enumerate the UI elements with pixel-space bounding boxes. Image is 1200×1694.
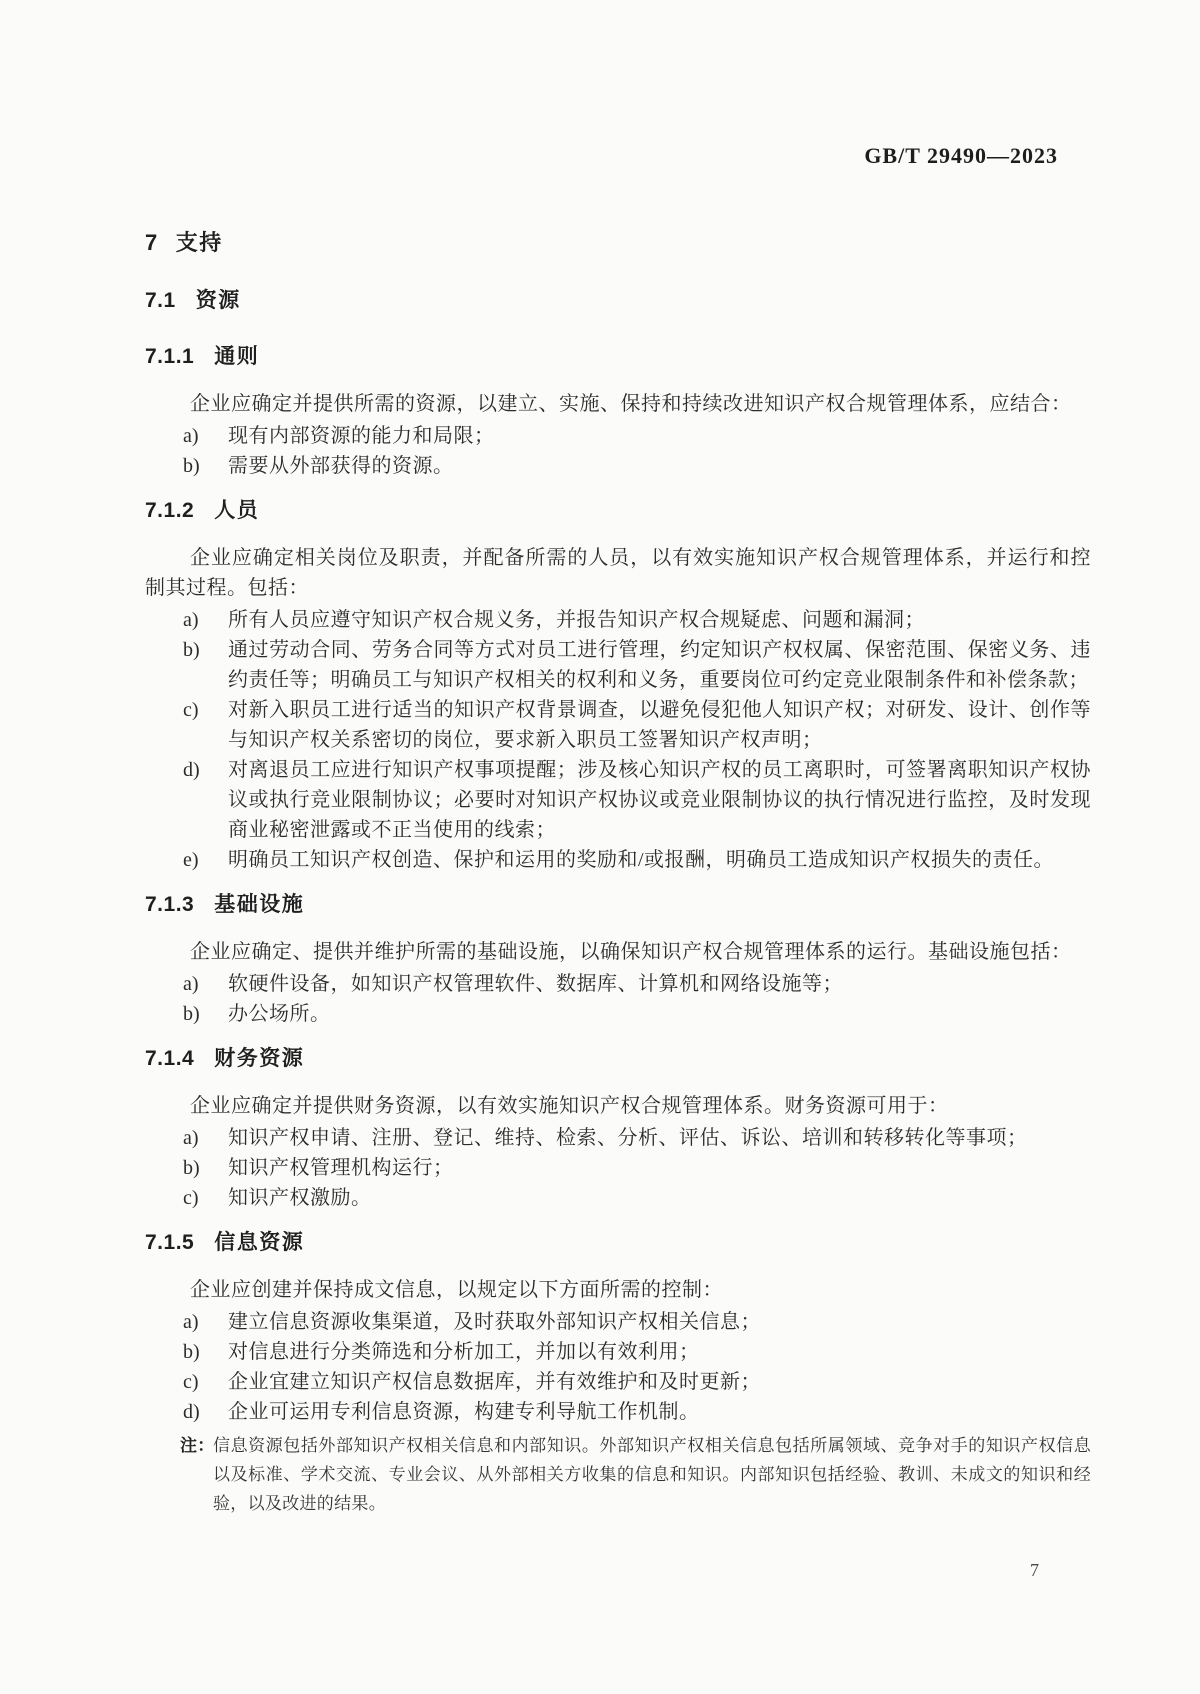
list-item-text: 知识产权激励。 [228,1187,372,1209]
section-7-1-1-heading: 7.1.1通则 [145,343,1091,371]
list-item-text: 对离退员工应进行知识产权事项提醒；涉及核心知识产权的员工离职时，可签署离职知识产… [228,759,1091,841]
list-item-label: a) [183,969,199,999]
section-7-1-3-number: 7.1.3 [145,893,194,916]
section-7-1-4-list: a)知识产权申请、注册、登记、维持、检索、分析、评估、诉讼、培训和转移转化等事项… [145,1123,1091,1213]
note-block: 注：信息资源包括外部知识产权相关信息和内部知识。外部知识产权相关信息包括所属领域… [145,1431,1091,1518]
list-item-label: b) [183,451,200,481]
list-item-text: 现有内部资源的能力和局限； [228,425,495,447]
section-7-1-1-list: a)现有内部资源的能力和局限； b)需要从外部获得的资源。 [145,421,1091,481]
list-item-label: b) [183,635,200,665]
section-7-1-5-number: 7.1.5 [145,1231,194,1254]
section-7-1-1: 7.1.1通则 企业应确定并提供所需的资源，以建立、实施、保持和持续改进知识产权… [145,343,1091,481]
section-7-1-1-title: 通则 [214,345,259,368]
list-item: e)明确员工知识产权创造、保护和运用的奖励和/或报酬，明确员工造成知识产权损失的… [145,845,1091,875]
list-item-text: 软硬件设备，如知识产权管理软件、数据库、计算机和网络设施等； [228,973,843,995]
list-item-label: a) [183,421,199,451]
list-item-label: b) [183,1153,200,1183]
section-7-1-5-list: a)建立信息资源收集渠道，及时获取外部知识产权相关信息； b)对信息进行分类筛选… [145,1307,1091,1427]
section-7-1-4-number: 7.1.4 [145,1047,194,1070]
note-text: 信息资源包括外部知识产权相关信息和内部知识。外部知识产权相关信息包括所属领域、竞… [213,1436,1091,1513]
section-7-1-5-intro: 企业应创建并保持成文信息，以规定以下方面所需的控制： [145,1275,1091,1305]
subclause-7-1-heading: 7.1资源 [145,287,1091,315]
list-item-text: 对信息进行分类筛选和分析加工，并加以有效利用； [228,1341,700,1363]
section-7-1-4-title: 财务资源 [214,1047,304,1070]
section-7-1-2-heading: 7.1.2人员 [145,497,1091,525]
document-page: GB/T 29490—2023 7支持 7.1资源 7.1.1通则 企业应确定并… [0,0,1200,1694]
list-item-label: c) [183,1367,199,1397]
section-7-1-4-heading: 7.1.4财务资源 [145,1045,1091,1073]
list-item-text: 办公场所。 [228,1003,331,1025]
list-item-label: d) [183,1397,200,1427]
section-7-1-4: 7.1.4财务资源 企业应确定并提供财务资源，以有效实施知识产权合规管理体系。财… [145,1045,1091,1213]
list-item-text: 明确员工知识产权创造、保护和运用的奖励和/或报酬，明确员工造成知识产权损失的责任… [228,849,1054,871]
list-item: b)对信息进行分类筛选和分析加工，并加以有效利用； [145,1337,1091,1367]
list-item-text: 企业宜建立知识产权信息数据库，并有效维护和及时更新； [228,1371,761,1393]
list-item-label: e) [183,845,199,875]
list-item: d)企业可运用专利信息资源，构建专利导航工作机制。 [145,1397,1091,1427]
list-item: c)对新入职员工进行适当的知识产权背景调查，以避免侵犯他人知识产权；对研发、设计… [145,695,1091,755]
clause-7-heading: 7支持 [145,229,1091,257]
section-7-1-2-list: a)所有人员应遵守知识产权合规义务，并报告知识产权合规疑虑、问题和漏洞； b)通… [145,605,1091,875]
running-header-standard-number: GB/T 29490—2023 [145,143,1091,169]
list-item-label: b) [183,1337,200,1367]
list-item-label: a) [183,1123,199,1153]
list-item: a)所有人员应遵守知识产权合规义务，并报告知识产权合规疑虑、问题和漏洞； [145,605,1091,635]
clause-7-number: 7 [145,230,158,255]
subclause-7-1-title: 资源 [196,289,241,312]
list-item-label: a) [183,605,199,635]
section-7-1-3-intro: 企业应确定、提供并维护所需的基础设施，以确保知识产权合规管理体系的运行。基础设施… [145,937,1091,967]
section-7-1-1-intro: 企业应确定并提供所需的资源，以建立、实施、保持和持续改进知识产权合规管理体系，应… [145,389,1091,419]
list-item-label: c) [183,695,199,725]
subclause-7-1-number: 7.1 [145,289,176,312]
list-item: a)建立信息资源收集渠道，及时获取外部知识产权相关信息； [145,1307,1091,1337]
list-item: b)通过劳动合同、劳务合同等方式对员工进行管理，约定知识产权权属、保密范围、保密… [145,635,1091,695]
section-7-1-5-heading: 7.1.5信息资源 [145,1229,1091,1257]
clause-7-title: 支持 [176,230,223,255]
section-7-1-1-number: 7.1.1 [145,345,194,368]
list-item-text: 建立信息资源收集渠道，及时获取外部知识产权相关信息； [228,1311,761,1333]
list-item: b)办公场所。 [145,999,1091,1029]
page-content: GB/T 29490—2023 7支持 7.1资源 7.1.1通则 企业应确定并… [145,0,1091,1518]
section-7-1-4-intro: 企业应确定并提供财务资源，以有效实施知识产权合规管理体系。财务资源可用于： [145,1091,1091,1121]
list-item: b)知识产权管理机构运行； [145,1153,1091,1183]
list-item-text: 通过劳动合同、劳务合同等方式对员工进行管理，约定知识产权权属、保密范围、保密义务… [228,639,1091,691]
list-item: d)对离退员工应进行知识产权事项提醒；涉及核心知识产权的员工离职时，可签署离职知… [145,755,1091,845]
list-item-text: 对新入职员工进行适当的知识产权背景调查，以避免侵犯他人知识产权；对研发、设计、创… [228,699,1091,751]
section-7-1-3: 7.1.3基础设施 企业应确定、提供并维护所需的基础设施，以确保知识产权合规管理… [145,891,1091,1029]
list-item: b)需要从外部获得的资源。 [145,451,1091,481]
section-7-1-5-title: 信息资源 [214,1231,304,1254]
list-item-text: 所有人员应遵守知识产权合规义务，并报告知识产权合规疑虑、问题和漏洞； [228,609,925,631]
section-7-1-2-number: 7.1.2 [145,499,194,522]
list-item: c)企业宜建立知识产权信息数据库，并有效维护和及时更新； [145,1367,1091,1397]
list-item: a)知识产权申请、注册、登记、维持、检索、分析、评估、诉讼、培训和转移转化等事项… [145,1123,1091,1153]
section-7-1-3-list: a)软硬件设备，如知识产权管理软件、数据库、计算机和网络设施等； b)办公场所。 [145,969,1091,1029]
list-item-text: 知识产权申请、注册、登记、维持、检索、分析、评估、诉讼、培训和转移转化等事项； [228,1127,1028,1149]
list-item-label: a) [183,1307,199,1337]
list-item-label: b) [183,999,200,1029]
note-label: 注： [180,1431,215,1460]
list-item: a)软硬件设备，如知识产权管理软件、数据库、计算机和网络设施等； [145,969,1091,999]
list-item-label: c) [183,1183,199,1213]
section-7-1-3-title: 基础设施 [214,893,304,916]
section-7-1-2-title: 人员 [214,499,259,522]
list-item-text: 需要从外部获得的资源。 [228,455,454,477]
list-item: a)现有内部资源的能力和局限； [145,421,1091,451]
list-item-text: 企业可运用专利信息资源，构建专利导航工作机制。 [228,1401,700,1423]
section-7-1-5: 7.1.5信息资源 企业应创建并保持成文信息，以规定以下方面所需的控制： a)建… [145,1229,1091,1518]
page-number: 7 [1030,1560,1039,1581]
list-item-label: d) [183,755,200,785]
section-7-1-2-intro: 企业应确定相关岗位及职责，并配备所需的人员，以有效实施知识产权合规管理体系，并运… [145,543,1091,603]
section-7-1-3-heading: 7.1.3基础设施 [145,891,1091,919]
section-7-1-2: 7.1.2人员 企业应确定相关岗位及职责，并配备所需的人员，以有效实施知识产权合… [145,497,1091,875]
list-item: c)知识产权激励。 [145,1183,1091,1213]
list-item-text: 知识产权管理机构运行； [228,1157,454,1179]
